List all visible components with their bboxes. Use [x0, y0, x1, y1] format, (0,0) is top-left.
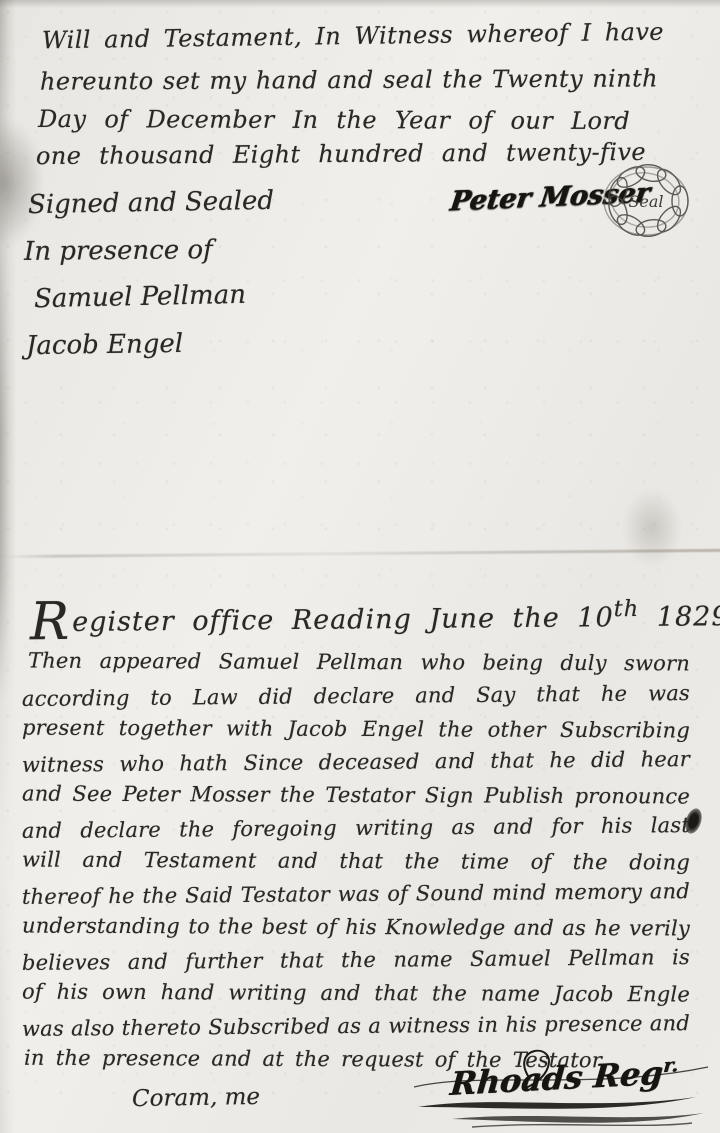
seal-label: Seal	[628, 192, 663, 211]
witness-signature: Jacob Engel	[26, 329, 184, 361]
will-text-line: Day of December In the Year of our Lord	[38, 105, 630, 141]
paper-smudge	[622, 488, 682, 568]
will-text-line: Will and Testament, In Witness whereof I…	[42, 18, 664, 61]
heading-day: 10	[577, 602, 614, 633]
heading-text: egister office Reading June the	[72, 602, 577, 637]
paper-fold-line	[0, 549, 720, 558]
probate-text-line: and See Peter Mosser the Testator Sign P…	[22, 782, 690, 815]
heading-year: 1829 —	[639, 601, 720, 633]
probate-text-line: and declare the foregoing writing as and…	[22, 813, 690, 849]
heading-initial-capital: R	[30, 592, 71, 652]
will-text-line: one thousand Eight hundred and twenty-fi…	[36, 138, 646, 176]
probate-text-line: witness who hath Since deceased and that…	[22, 747, 690, 783]
probate-text-line: was also thereto Subscribed as a witness…	[22, 1011, 690, 1047]
scanned-will-document: Will and Testament, In Witness whereof I…	[0, 0, 720, 1133]
probate-text-line: according to Law did declare and Say tha…	[22, 681, 690, 717]
probate-text-line: understanding to the best of his Knowled…	[22, 914, 690, 947]
probate-text-line: Then appeared Samuel Pellman who being d…	[28, 649, 690, 682]
scan-top-edge-shadow	[0, 0, 720, 8]
probate-text-line: thereof he the Said Testator was of Soun…	[22, 879, 690, 915]
heading-day-suffix: th	[614, 596, 640, 622]
probate-heading: Register office Reading June the 10th 18…	[30, 595, 720, 639]
coram-me-line: Coram, me	[132, 1084, 260, 1112]
register-signature-suffix: r.	[662, 1054, 679, 1077]
signed-and-sealed-line: Signed and Sealed	[28, 186, 275, 220]
register-signature-block: Rhoads Regr.	[412, 1045, 712, 1130]
probate-text-line: present together with Jacob Engel the ot…	[22, 716, 690, 749]
probate-text-line: of his own hand writing and that the nam…	[22, 980, 690, 1013]
probate-text-line: will and Testament and that the time of …	[22, 848, 690, 881]
in-presence-of-line: In presence of	[24, 235, 213, 267]
will-text-line: hereunto set my hand and seal the Twenty…	[40, 64, 658, 101]
witness-signature: Samuel Pellman	[34, 280, 247, 314]
seal-scribble: Seal	[588, 156, 704, 246]
probate-text-line: believes and further that the name Samue…	[22, 945, 690, 981]
